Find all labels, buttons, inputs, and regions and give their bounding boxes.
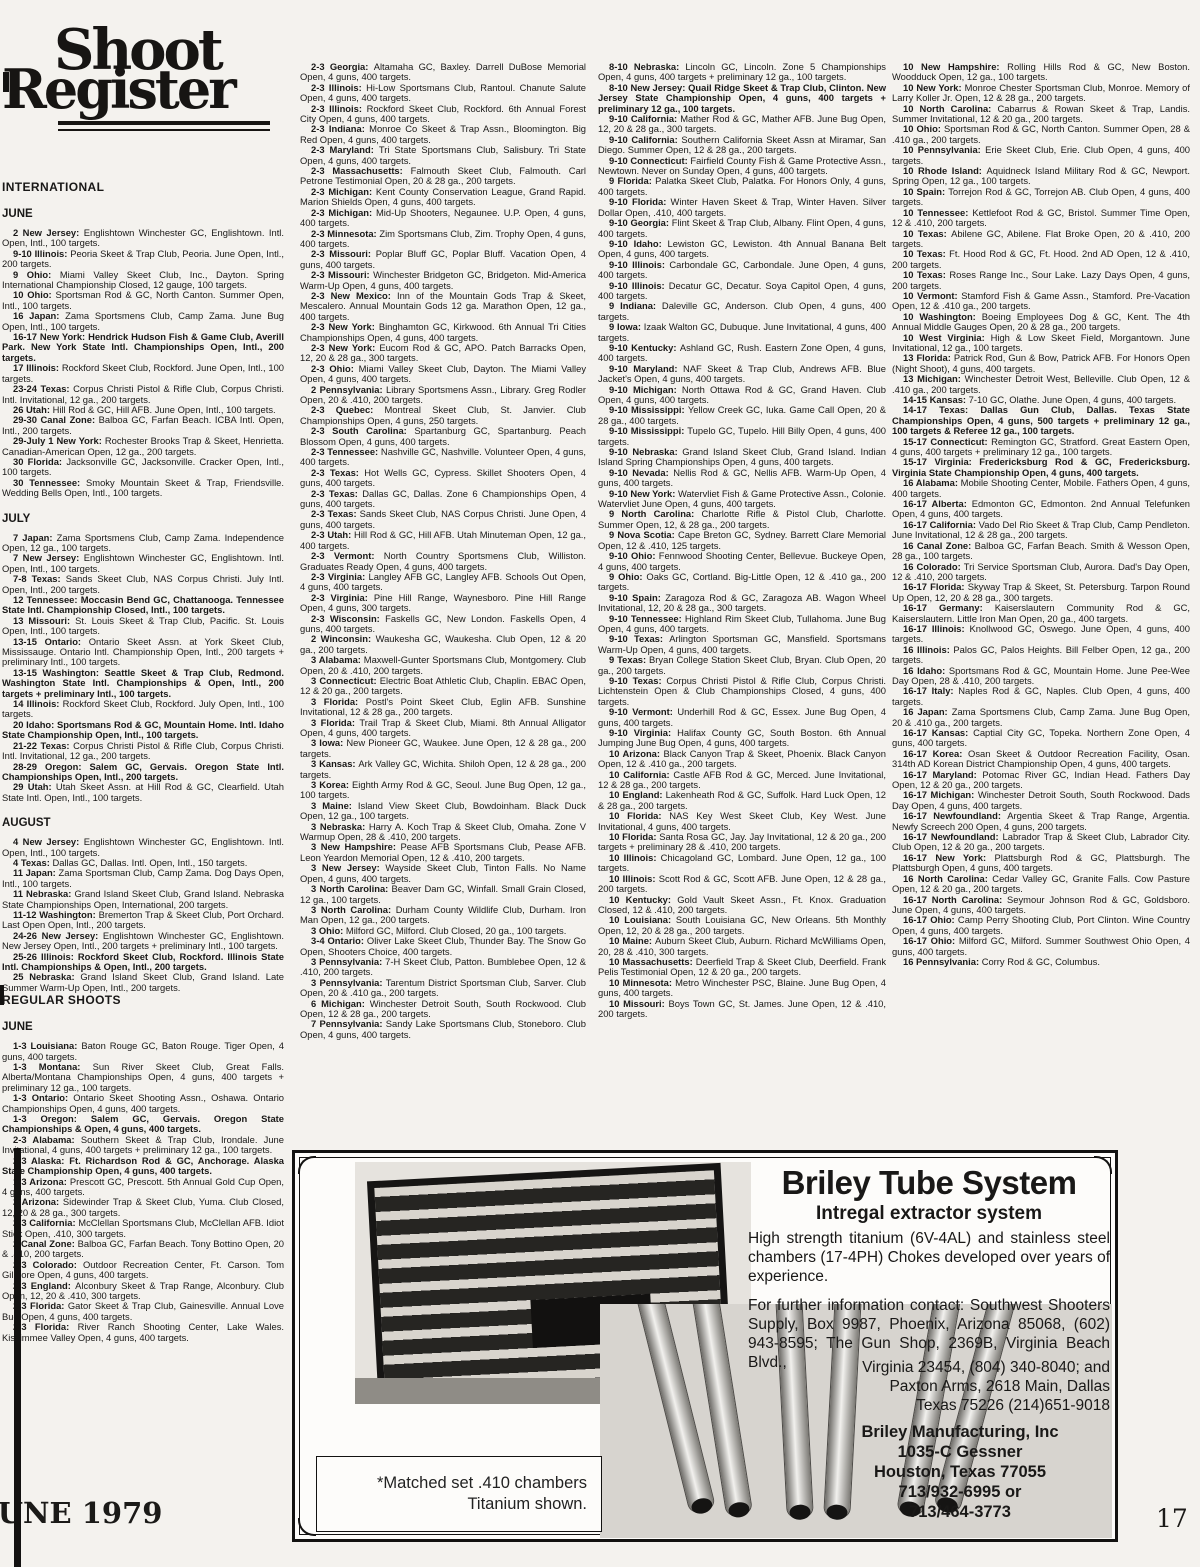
shoot-listing: 9-10 Idaho: Lewiston GC, Lewiston. 4th A… <box>598 239 886 260</box>
shoot-listing: 9-10 Illinois: Carbondale GC, Carbondale… <box>598 260 886 281</box>
shoot-listing: 21-22 Texas: Corpus Christi Pistol & Rif… <box>2 741 284 762</box>
shoot-listing: 10 North Carolina: Cabarrus & Rowan Skee… <box>892 104 1190 125</box>
shoot-listing: 10 Arizona: Black Canyon Trap & Skeet, P… <box>598 749 886 770</box>
shoot-listing: 16 Japan: Zama Sportsmens Club, Camp Zam… <box>892 707 1190 728</box>
shoot-listing: 16-17 Newfoundland: Labrador Trap & Skee… <box>892 832 1190 853</box>
shoot-listing: 2-3 Alabama: Southern Skeet & Trap Club,… <box>2 1135 284 1156</box>
shoot-listing: 10 Florida: NAS Key West Skeet Club, Key… <box>598 811 886 832</box>
shoot-listing: 16-17 Korea: Osan Skeet & Outdoor Recrea… <box>892 749 1190 770</box>
text-line: 1035-C Gessner <box>820 1442 1100 1462</box>
month-subheading: JUNE <box>2 208 284 220</box>
masthead-rule <box>58 121 270 131</box>
corner-flourish-icon <box>298 1518 316 1536</box>
month-subheading: JUNE <box>2 1021 284 1033</box>
shoot-listing: 10 Rhode Island: Aquidneck Island Milita… <box>892 166 1190 187</box>
shoot-listing: 16-17 California: Vado Del Rio Skeet & T… <box>892 520 1190 541</box>
shoot-listing: 2-3 Virginia: Langley AFB GC, Langley AF… <box>300 572 586 593</box>
scan-artifact-mark <box>0 985 4 1005</box>
shoot-listing: 16-17 North Carolina: Seymour Johnson Ro… <box>892 895 1190 916</box>
shoot-listing: 16-17 Kansas: Captial City GC, Topeka. N… <box>892 728 1190 749</box>
ad-title: Briley Tube System <box>748 1166 1110 1201</box>
shoot-listing: 2-3 Missouri: Poplar Bluff GC, Poplar Bl… <box>300 249 586 270</box>
shoot-listing: 3 Iowa: New Pioneer GC, Waukee. June Ope… <box>300 738 586 759</box>
shoot-listing: 7 New Jersey: Englishtown Winchester GC,… <box>2 553 284 574</box>
ad-copy: Briley Tube System Intregal extractor sy… <box>748 1166 1110 1372</box>
shoot-listing: 10 Texas: Ft. Hood Rod & GC, Ft. Hood. 2… <box>892 249 1190 270</box>
scan-artifact-bar <box>14 1148 21 1567</box>
shoot-listing: 9 North Carolina: Charlotte Rifle & Pist… <box>598 509 886 530</box>
shoot-listing: 2-3 Vermont: North Country Sportsmens Cl… <box>300 551 586 572</box>
ad-contact-continued: Virginia 23454, (804) 340-8040; and Paxt… <box>860 1358 1110 1415</box>
shoot-listing: 16-17 Alberta: Edmonton GC, Edmonton. 2n… <box>892 499 1190 520</box>
shoot-listing: 2-3 Florida: River Ranch Shooting Center… <box>2 1322 284 1343</box>
ad-caption-line1: *Matched set .410 chambers <box>321 1473 587 1494</box>
shoot-listing: 2-3 Minnesota: Zim Sportsmans Club, Zim.… <box>300 229 586 250</box>
shoot-listing: 3 New Hampshire: Pease AFB Sportsmans Cl… <box>300 842 586 863</box>
shoot-listing: 9 Texas: Bryan College Station Skeet Clu… <box>598 655 886 676</box>
shoot-listing: 9-10 Illinois: Peoria Skeet & Trap Club,… <box>2 249 284 270</box>
masthead-title-line2: Register <box>2 65 288 114</box>
shoot-listing: 16-17 New York: Hendrick Hudson Fish & G… <box>2 332 284 363</box>
shoot-listing: 9-10 Kentucky: Ashland GC, Rush. Eastern… <box>598 343 886 364</box>
shoot-listing: 3 Kansas: Ark Valley GC, Wichita. Shiloh… <box>300 759 586 780</box>
shoot-listing: 10 Pennsylvania: Erie Skeet Club, Erie. … <box>892 145 1190 166</box>
shoot-listing: 2-3 South Carolina: Spartanburg GC, Spar… <box>300 426 586 447</box>
shoot-listing: 3 Florida: Postl's Point Skeet Club, Egl… <box>300 697 586 718</box>
shoot-listing: 10 Spain: Torrejon Rod & GC, Torrejon AB… <box>892 187 1190 208</box>
shoot-listing: 2-3 Maryland: Tri State Sportsmans Club,… <box>300 145 586 166</box>
shoot-listing: 9-10 Virginia: Halifax County GC, South … <box>598 728 886 749</box>
shoot-listing: 9-10 Nevada: Nellis Rod & GC, Nellis AFB… <box>598 468 886 489</box>
shoot-listing: 3 Nebraska: Harry A. Koch Trap & Skeet C… <box>300 822 586 843</box>
shoot-listing: 2-3 Texas: Sands Skeet Club, NAS Corpus … <box>300 509 586 530</box>
shoot-listing: 10 Minnesota: Metro Winchester PSC, Blai… <box>598 978 886 999</box>
shoot-listing: 10 Ohio: Sportsman Rod & GC, North Canto… <box>892 124 1190 145</box>
shoot-listing: 16-17 New York: Plattsburgh Rod & GC, Pl… <box>892 853 1190 874</box>
shoot-listing: 2-3 Indiana: Monroe Co Skeet & Trap Assn… <box>300 124 586 145</box>
corner-flourish-icon <box>298 1156 316 1174</box>
shoot-listing: 16-17 Newfoundland: Argentia Skeet & Tra… <box>892 811 1190 832</box>
shoot-listing: 10 Illinois: Scott Rod & GC, Scott AFB. … <box>598 874 886 895</box>
shoot-listing: 13 Missouri: St. Louis Skeet & Trap Club… <box>2 616 284 637</box>
shoot-listing: 3-4 Ontario: Oliver Lake Skeet Club, Thu… <box>300 936 586 957</box>
text-line: Houston, Texas 77055 <box>820 1462 1100 1482</box>
ad-caption-line2: Titanium shown. <box>321 1494 587 1515</box>
text-line: Briley Manufacturing, Inc <box>820 1422 1100 1442</box>
shoot-listing: 30 Florida: Jacksonville GC, Jacksonvill… <box>2 457 284 478</box>
shoot-listing: 16-17 Ohio: Milford GC, Milford. Summer … <box>892 936 1190 957</box>
text-line: 713/932-6995 or <box>820 1482 1100 1502</box>
shoot-listing: 16-17 Ohio: Camp Perry Shooting Club, Po… <box>892 915 1190 936</box>
shoot-listing: 10 New Hampshire: Rolling Hills Rod & GC… <box>892 62 1190 83</box>
shoot-listing: 2-3 Texas: Dallas GC, Dallas. Zone 6 Cha… <box>300 489 586 510</box>
shoot-listing: 3 North Carolina: Beaver Dam GC, Winfall… <box>300 884 586 905</box>
shoot-listing: 9-10 Vermont: Underhill Rod & GC, Essex.… <box>598 707 886 728</box>
shoot-listing: 4 New Jersey: Englishtown Winchester GC,… <box>2 837 284 858</box>
shoot-listing: 13 Florida: Patrick Rod, Gun & Bow, Patr… <box>892 353 1190 374</box>
ad-subtitle: Intregal extractor system <box>748 1203 1110 1225</box>
shoot-listing: 10 California: Castle AFB Rod & GC, Merc… <box>598 770 886 791</box>
shoot-listing: 3 Florida: Trail Trap & Skeet Club, Miam… <box>300 718 586 739</box>
column-regular-shoots-4: 10 New Hampshire: Rolling Hills Rod & GC… <box>892 62 1190 967</box>
shoot-listing: 3 North Carolina: Durham County Wildlife… <box>300 905 586 926</box>
shoot-listing: 9-10 California: Mather Rod & GC, Mather… <box>598 114 886 135</box>
column-regular-shoots-3: 8-10 Nebraska: Lincoln GC, Lincoln. Zone… <box>598 62 886 1019</box>
scan-artifact-mark <box>3 72 9 92</box>
shoot-listing: 9 Iowa: Izaak Walton GC, Dubuque. June I… <box>598 322 886 343</box>
shoot-listing: 16 Colorado: Tri Service Sportsman Club,… <box>892 562 1190 583</box>
shoot-listing: 13 Michigan: Winchester Detroit West, Be… <box>892 374 1190 395</box>
shoot-listing: 10 West Virginia: High & Low Skeet Field… <box>892 333 1190 354</box>
shoot-listing: 16 Canal Zone: Balboa GC, Farfan Beach. … <box>892 541 1190 562</box>
shoot-listing: 10 Ohio: Sportsman Rod & GC, North Canto… <box>2 290 284 311</box>
shoot-listing: 2-3 New York: Eucom Rod & GC, APO. Patch… <box>300 343 586 364</box>
shoot-listing: 13-15 Washington: Seattle Skeet & Trap C… <box>2 668 284 699</box>
shoot-listing: 16-17 Maryland: Potomac River GC, Indian… <box>892 770 1190 791</box>
shoot-listing: 2-3 Massachusetts: Falmouth Skeet Club, … <box>300 166 586 187</box>
section-heading: INTERNATIONAL <box>2 180 284 194</box>
shoot-listing: 2-3 Florida: Gator Skeet & Trap Club, Ga… <box>2 1301 284 1322</box>
shoot-listing: 11 Japan: Zama Sportsman Club, Camp Zama… <box>2 868 284 889</box>
shoot-listing: 10 Louisiana: South Louisiana GC, New Or… <box>598 915 886 936</box>
shoot-listing: 9-10 Michigan: North Ottawa Rod & GC, Gr… <box>598 385 886 406</box>
shoot-listing: 14 Illinois: Rockford Skeet Club, Rockfo… <box>2 699 284 720</box>
shoot-listing: 10 Texas: Roses Range Inc., Sour Lake. L… <box>892 270 1190 291</box>
shoot-listing: 1-3 Arizona: Prescott GC, Prescott. 5th … <box>2 1177 284 1198</box>
shoot-listing: 2-3 Wisconsin: Faskells GC, New London. … <box>300 614 586 635</box>
shoot-listing: 2 Pennsylvania: Library Sportsmens Assn.… <box>300 385 586 406</box>
briley-tube-system-ad: Briley Tube System Intregal extractor sy… <box>292 1150 1118 1542</box>
shoot-listing: 2 Arizona: Sidewinder Trap & Skeet Club,… <box>2 1197 284 1218</box>
shoot-listing: 2-3 New York: Binghamton GC, Kirkwood. 6… <box>300 322 586 343</box>
shoot-listing: 2-3 New Mexico: Inn of the Mountain Gods… <box>300 291 586 322</box>
shoot-listing: 13-15 Ontario: Ontario Skeet Assn. at Yo… <box>2 637 284 668</box>
shoot-listing: 3 Korea: Eighth Army Rod & GC, Seoul. Ju… <box>300 780 586 801</box>
shoot-listing: 2-3 Illinois: Rockford Skeet Club, Rockf… <box>300 104 586 125</box>
column-international: INTERNATIONALJUNE2 New Jersey: Englishto… <box>2 180 284 1343</box>
shoot-listing: 16-17 Michigan: Winchester Detroit South… <box>892 790 1190 811</box>
shoot-listing: 1-3 Montana: Sun River Skeet Club, Great… <box>2 1062 284 1093</box>
shoot-listing: 9-10 Ohio: Fennwood Shooting Center, Bel… <box>598 551 886 572</box>
shoot-listing: 16 Alabama: Mobile Shooting Center, Mobi… <box>892 478 1190 499</box>
shoot-listing: 9 Ohio: Miami Valley Skeet Club, Inc., D… <box>2 270 284 291</box>
shoot-listing: 2-3 Missouri: Winchester Bridgeton GC, B… <box>300 270 586 291</box>
shoot-listing: 2 Canal Zone: Balboa GC, Farfan Beach. T… <box>2 1239 284 1260</box>
shoot-listing: 10 Texas: Abilene GC, Abilene. Flat Brok… <box>892 229 1190 250</box>
shoot-listing: 10 Tennessee: Kettlefoot Rod & GC, Brist… <box>892 208 1190 229</box>
shoot-listing: 10 Illinois: Chicagoland GC, Lombard. Ju… <box>598 853 886 874</box>
shoot-listing: 11 Nebraska: Grand Island Skeet Club, Gr… <box>2 889 284 910</box>
shoot-listing: 9-10 Mississippi: Yellow Creek GC, Iuka.… <box>598 405 886 426</box>
shoot-listing: 9-10 Illinois: Decatur GC, Decatur. Soya… <box>598 281 886 302</box>
shoot-listing: 16-17 Italy: Naples Rod & GC, Naples. Cl… <box>892 686 1190 707</box>
shoot-listing: 9 Ohio: Oaks GC, Cortland. Big-Little Op… <box>598 572 886 593</box>
shoot-listing: 16 Illinois: Palos GC, Palos Heights. Bi… <box>892 645 1190 666</box>
shoot-listing: 2-3 California: McClellan Sportsmans Clu… <box>2 1218 284 1239</box>
shoot-listing: 10 Missouri: Boys Town GC, St. James. Ju… <box>598 999 886 1020</box>
shoot-listing: 1-3 Ontario: Ontario Skeet Shooting Assn… <box>2 1093 284 1114</box>
shoot-listing: 10 Washington: Boeing Employees Dog & GC… <box>892 312 1190 333</box>
shoot-listing: 9-10 Mississippi: Tupelo GC, Tupelo. Hil… <box>598 426 886 447</box>
section-heading: REGULAR SHOOTS <box>2 993 284 1007</box>
shoot-listing: 9 Indiana: Daleville GC, Anderson. Club … <box>598 301 886 322</box>
shoot-listing: 9-10 Connecticut: Fairfield County Fish … <box>598 156 886 177</box>
shoot-listing: 2 Winconsin: Waukesha GC, Waukesha. Club… <box>300 634 586 655</box>
text-line: 713/464-3773 <box>820 1502 1100 1522</box>
shoot-listing: 9 Nova Scotia: Cape Breton GC, Sydney. B… <box>598 530 886 551</box>
shoot-listing: 20 Idaho: Sportsmans Rod & GC, Mountain … <box>2 720 284 741</box>
issue-date: JUNE 1979 <box>0 1496 162 1530</box>
shoot-listing: 2-3 Ohio: Miami Valley Skeet Club, Dayto… <box>300 364 586 385</box>
shoot-listing: 15-17 Connecticut: Remington GC, Stratfo… <box>892 437 1190 458</box>
shoot-listing: 9-10 California: Southern California Ske… <box>598 135 886 156</box>
shoot-listing: 10 England: Lakenheath Rod & GC, Suffolk… <box>598 790 886 811</box>
shoot-listing: 2-3 Illinois: Hi-Low Sportsmans Club, Ra… <box>300 83 586 104</box>
shoot-listing: 9-10 Texas: Arlington Sportsman GC, Mans… <box>598 634 886 655</box>
shoot-listing: 10 Massachusetts: Deerfield Trap & Skeet… <box>598 957 886 978</box>
page-number: 17 <box>1156 1504 1188 1533</box>
shoot-listing: 12 Tennessee: Moccasin Bend GC, Chattano… <box>2 595 284 616</box>
shoot-listing: 3 Alabama: Maxwell-Gunter Sportsmans Clu… <box>300 655 586 676</box>
shoot-listing: 2-3 England: Alconbury Skeet & Trap Rang… <box>2 1281 284 1302</box>
shoot-listing: 2-3 Alaska: Ft. Richardson Rod & GC, Anc… <box>2 1156 284 1177</box>
shoot-listing: 30 Tennessee: Smoky Mountain Skeet & Tra… <box>2 478 284 499</box>
shoot-listing: 10 Maine: Auburn Skeet Club, Auburn. Ric… <box>598 936 886 957</box>
ad-frame: Briley Tube System Intregal extractor sy… <box>299 1157 1111 1535</box>
shoot-listing: 3 Pennsylvania: 7-H Skeet Club, Patton. … <box>300 957 586 978</box>
month-subheading: JULY <box>2 513 284 525</box>
shoot-listing: 11-12 Washington: Bremerton Trap & Skeet… <box>2 910 284 931</box>
shoot-listing: 25 Nebraska: Grand Island Skeet Club, Gr… <box>2 972 284 993</box>
shoot-listing: 8-10 New Jersey: Quail Ridge Skeet & Tra… <box>598 83 886 114</box>
shoot-listing: 7-8 Texas: Sands Skeet Club, NAS Corpus … <box>2 574 284 595</box>
ad-body-text: High strength titanium (6V-4AL) and stai… <box>748 1229 1110 1286</box>
column-regular-shoots-2: 2-3 Georgia: Altamaha GC, Baxley. Darrel… <box>300 62 586 1040</box>
shoot-listing: 2-3 Colorado: Outdoor Recreation Center,… <box>2 1260 284 1281</box>
shoot-listing: 3 Pennsylvania: Tarentum District Sports… <box>300 978 586 999</box>
shoot-listing: 9-10 Maryland: NAF Skeet & Trap Club, An… <box>598 364 886 385</box>
shoot-listing: 2-3 Tennessee: Nashville GC, Nashville. … <box>300 447 586 468</box>
shoot-listing: 16-17 Germany: Kaiserslautern Community … <box>892 603 1190 624</box>
shoot-listing: 9-10 Nebraska: Grand Island Skeet Club, … <box>598 447 886 468</box>
shoot-listing: 1-3 Louisiana: Baton Rouge GC, Baton Rou… <box>2 1041 284 1062</box>
shoot-listing: 17 Illinois: Rockford Skeet Club, Rockfo… <box>2 363 284 384</box>
shoot-listing: 23-24 Texas: Corpus Christi Pistol & Rif… <box>2 384 284 405</box>
shoot-listing: 9-10 Texas: Corpus Christi Pistol & Rifl… <box>598 676 886 707</box>
shoot-listing: 2-3 Virginia: Pine Hill Range, Waynesbor… <box>300 593 586 614</box>
shoot-listing: 3 New Jersey: Wayside Skeet Club, Tinton… <box>300 863 586 884</box>
shoot-listing: 9 Florida: Palatka Skeet Club, Palatka. … <box>598 176 886 197</box>
shoot-listing: 2-3 Michigan: Mid-Up Shooters, Negaunee.… <box>300 208 586 229</box>
shoot-listing: 2-3 Quebec: Montreal Skeet Club, St. Jan… <box>300 405 586 426</box>
shoot-listing: 16 Idaho: Sportsmans Rod & GC, Mountain … <box>892 666 1190 687</box>
shoot-listing: 9-10 Georgia: Flint Skeet & Trap Club, A… <box>598 218 886 239</box>
shoot-listing: 6 Michigan: Winchester Detroit South, So… <box>300 999 586 1020</box>
shoot-listing: 10 Kentucky: Gold Vault Skeet Assn., Ft.… <box>598 895 886 916</box>
shoot-listing: 16 Pennsylvania: Corry Rod & GC, Columbu… <box>892 957 1190 967</box>
shoot-listing: 16-17 Florida: Skyway Trap & Skeet, St. … <box>892 582 1190 603</box>
shoot-listing: 8-10 Nebraska: Lincoln GC, Lincoln. Zone… <box>598 62 886 83</box>
shoot-listing: 1-3 Oregon: Salem GC, Gervais. Oregon St… <box>2 1114 284 1135</box>
shoot-listing: 24-26 New Jersey: Englishtown Winchester… <box>2 931 284 952</box>
shoot-listing: 10 Vermont: Stamford Fish & Game Assn., … <box>892 291 1190 312</box>
shoot-listing: 2-3 Georgia: Altamaha GC, Baxley. Darrel… <box>300 62 586 83</box>
shoot-listing: 29-July 1 New York: Rochester Brooks Tra… <box>2 436 284 457</box>
shoot-listing: 16-17 Illinois: Knollwood GC, Oswego. Ju… <box>892 624 1190 645</box>
shoot-listing: 10 New York: Monroe Chester Sportsman Cl… <box>892 83 1190 104</box>
shoot-listing: 14-17 Texas: Dallas Gun Club, Dallas. Te… <box>892 405 1190 436</box>
shoot-listing: 16 North Carolina: Cedar Valley GC, Gran… <box>892 874 1190 895</box>
ad-company-block: Briley Manufacturing, Inc1035-C GessnerH… <box>820 1422 1100 1522</box>
shoot-listing: 16 Japan: Zama Sportsmens Club, Camp Zam… <box>2 311 284 332</box>
shoot-listing: 3 Connecticut: Electric Boat Athletic Cl… <box>300 676 586 697</box>
shoot-listing: 15-17 Virginia: Fredericksburg Rod & GC,… <box>892 457 1190 478</box>
shoot-listing: 3 Maine: Island View Skeet Club, Bowdoin… <box>300 801 586 822</box>
shoot-listing: 2 New Jersey: Englishtown Winchester GC,… <box>2 228 284 249</box>
shoot-listing: 2-3 Utah: Hill Rod & GC, Hill AFB. Utah … <box>300 530 586 551</box>
shoot-listing: 7 Japan: Zama Sportsmens Club, Camp Zama… <box>2 533 284 554</box>
shoot-listing: 29-30 Canal Zone: Balboa GC, Farfan Beac… <box>2 415 284 436</box>
month-subheading: AUGUST <box>2 817 284 829</box>
shoot-listing: 2-3 Texas: Hot Wells GC, Cypress. Skille… <box>300 468 586 489</box>
ad-caption-box: *Matched set .410 chambers Titanium show… <box>316 1456 602 1532</box>
magazine-page: Shoot Register INTERNATIONALJUNE2 New Je… <box>0 0 1200 1567</box>
shoot-listing: 9-10 Tennessee: Highland Rim Skeet Club,… <box>598 614 886 635</box>
shoot-listing: 10 Florida: Santa Rosa GC, Jay. Jay Invi… <box>598 832 886 853</box>
shoot-listing: 2-3 Michigan: Kent County Conservation L… <box>300 187 586 208</box>
shoot-listing: 7 Pennsylvania: Sandy Lake Sportsmans Cl… <box>300 1019 586 1040</box>
shoot-listing: 25-26 Illinois: Rockford Skeet Club, Roc… <box>2 952 284 973</box>
shoot-listing: 9-10 Spain: Zaragoza Rod & GC, Zaragoza … <box>598 593 886 614</box>
shoot-listing: 28-29 Oregon: Salem GC, Gervais. Oregon … <box>2 762 284 783</box>
shoot-listing: 9-10 Florida: Winter Haven Skeet & Trap,… <box>598 197 886 218</box>
shoot-listing: 29 Utah: Utah Skeet Assn. at Hill Rod & … <box>2 782 284 803</box>
masthead: Shoot Register <box>2 24 288 131</box>
shoot-listing: 9-10 New York: Watervliet Fish & Game Pr… <box>598 489 886 510</box>
